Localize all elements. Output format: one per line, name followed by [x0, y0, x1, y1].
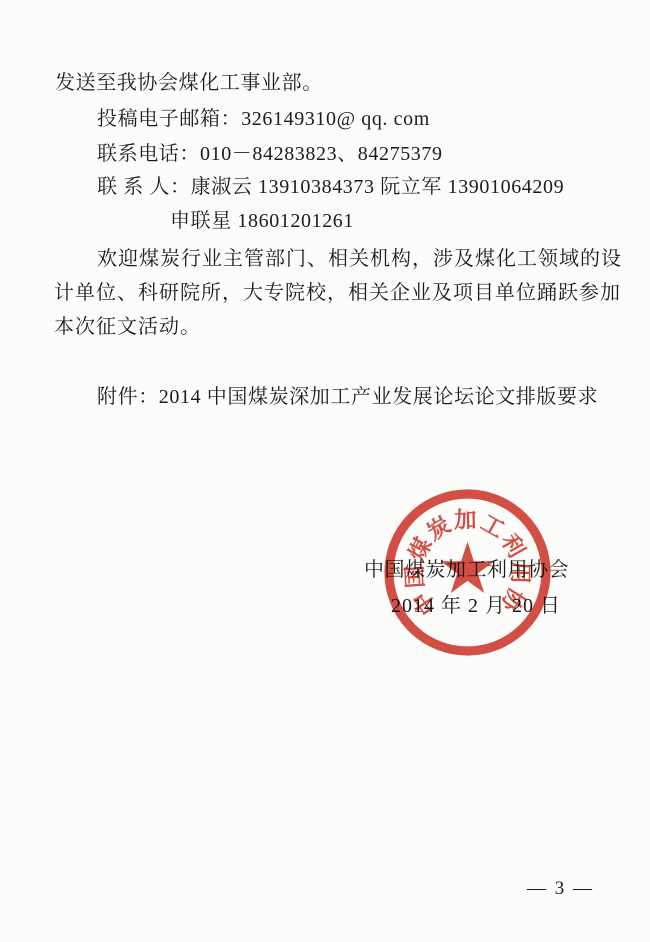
- closing-paragraph-line-1: 欢迎煤炭行业主管部门、相关机构，涉及煤化工领域的设: [97, 242, 622, 271]
- phone-line: 联系电话：010－84283823、84275379: [97, 137, 443, 166]
- opening-line: 发送至我协会煤化工事业部。: [55, 66, 323, 95]
- signature-organization: 中国煤炭加工利用协会: [364, 553, 569, 582]
- attachment-line: 附件：2014 中国煤炭深加工产业发展论坛论文排版要求: [97, 380, 598, 409]
- contact-person-line: 联 系 人：康淑云 13910384373 阮立军 13901064209: [97, 170, 564, 199]
- email-line: 投稿电子邮箱：326149310@ qq. com: [97, 102, 430, 131]
- closing-paragraph-line-2: 计单位、科研院所，大专院校，相关企业及项目单位踊跃参加: [54, 276, 621, 305]
- signature-date: 2014 年 2 月 20 日: [391, 589, 561, 618]
- page-number: — 3 —: [527, 878, 594, 900]
- closing-paragraph-line-3: 本次征文活动。: [54, 310, 201, 339]
- scanned-document-page: 发送至我协会煤化工事业部。 投稿电子邮箱：326149310@ qq. com …: [0, 0, 650, 942]
- contact-person-line-2: 申联星 18601201261: [170, 204, 354, 233]
